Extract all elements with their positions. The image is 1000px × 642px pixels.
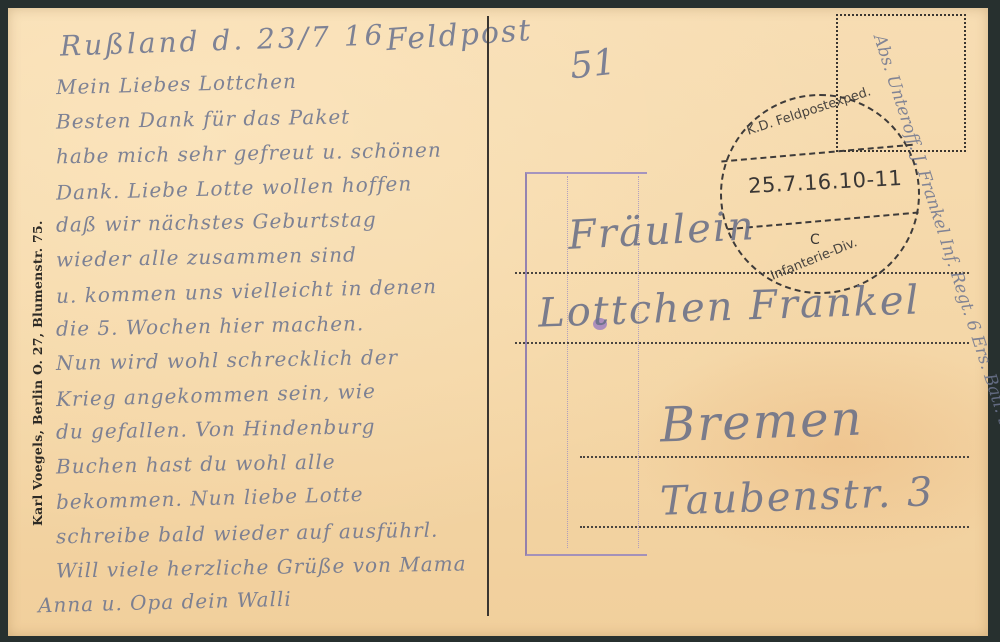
message-line: habe mich sehr gefreut u. schönen <box>56 138 442 169</box>
message-line: die 5. Wochen hier machen. <box>56 311 365 340</box>
message-line: daß wir nächstes Geburtstag <box>56 207 377 237</box>
feldpost-label: Feldpost <box>385 13 534 58</box>
message-line: bekommen. Nun liebe Lotte <box>56 482 364 514</box>
postmark-letter: C <box>810 232 820 248</box>
message-line: Krieg angekommen sein, wie <box>56 378 376 410</box>
address-line-1 <box>515 272 969 274</box>
address-street: Taubenstr. 3 <box>659 469 935 525</box>
message-line: Nun wird wohl schrecklich der <box>56 345 399 375</box>
address-recipient-title: Fräulein <box>567 203 757 259</box>
message-line: Buchen hast du wohl alle <box>56 449 336 478</box>
place-date: Rußland d. 23/7 16 <box>60 18 386 62</box>
address-city: Bremen <box>659 390 864 453</box>
message-line: Mein Liebes Lottchen <box>56 69 297 99</box>
publisher-imprint: Karl Voegels, Berlin O. 27, Blumenstr. 7… <box>30 220 45 526</box>
message-line: Besten Dank für das Paket <box>56 104 351 133</box>
message-line: Anna u. Opa dein Walli <box>38 586 292 617</box>
message-line: schreibe bald wieder auf ausführl. <box>56 517 439 548</box>
postcard: Karl Voegels, Berlin O. 27, Blumenstr. 7… <box>8 8 988 636</box>
address-line-4 <box>580 526 969 528</box>
message-line: u. kommen uns vielleicht in denen <box>56 274 438 308</box>
divider-line <box>487 16 489 616</box>
message-line: Dank. Liebe Lotte wollen hoffen <box>56 171 413 204</box>
address-line-2 <box>515 342 969 344</box>
message-line: Will viele herzliche Grüße von Mama <box>56 551 467 582</box>
postmark: K.D. Feldpostexped. 25.7.16.10-11 C Infa… <box>720 94 920 294</box>
message-line: du gefallen. Von Hindenburg <box>56 414 376 444</box>
feldpost-number: 51 <box>568 42 618 88</box>
postmark-ring-top: K.D. Feldpostexped. <box>745 84 873 138</box>
message-line: wieder alle zusammen sind <box>56 242 357 271</box>
address-line-3 <box>580 456 969 458</box>
